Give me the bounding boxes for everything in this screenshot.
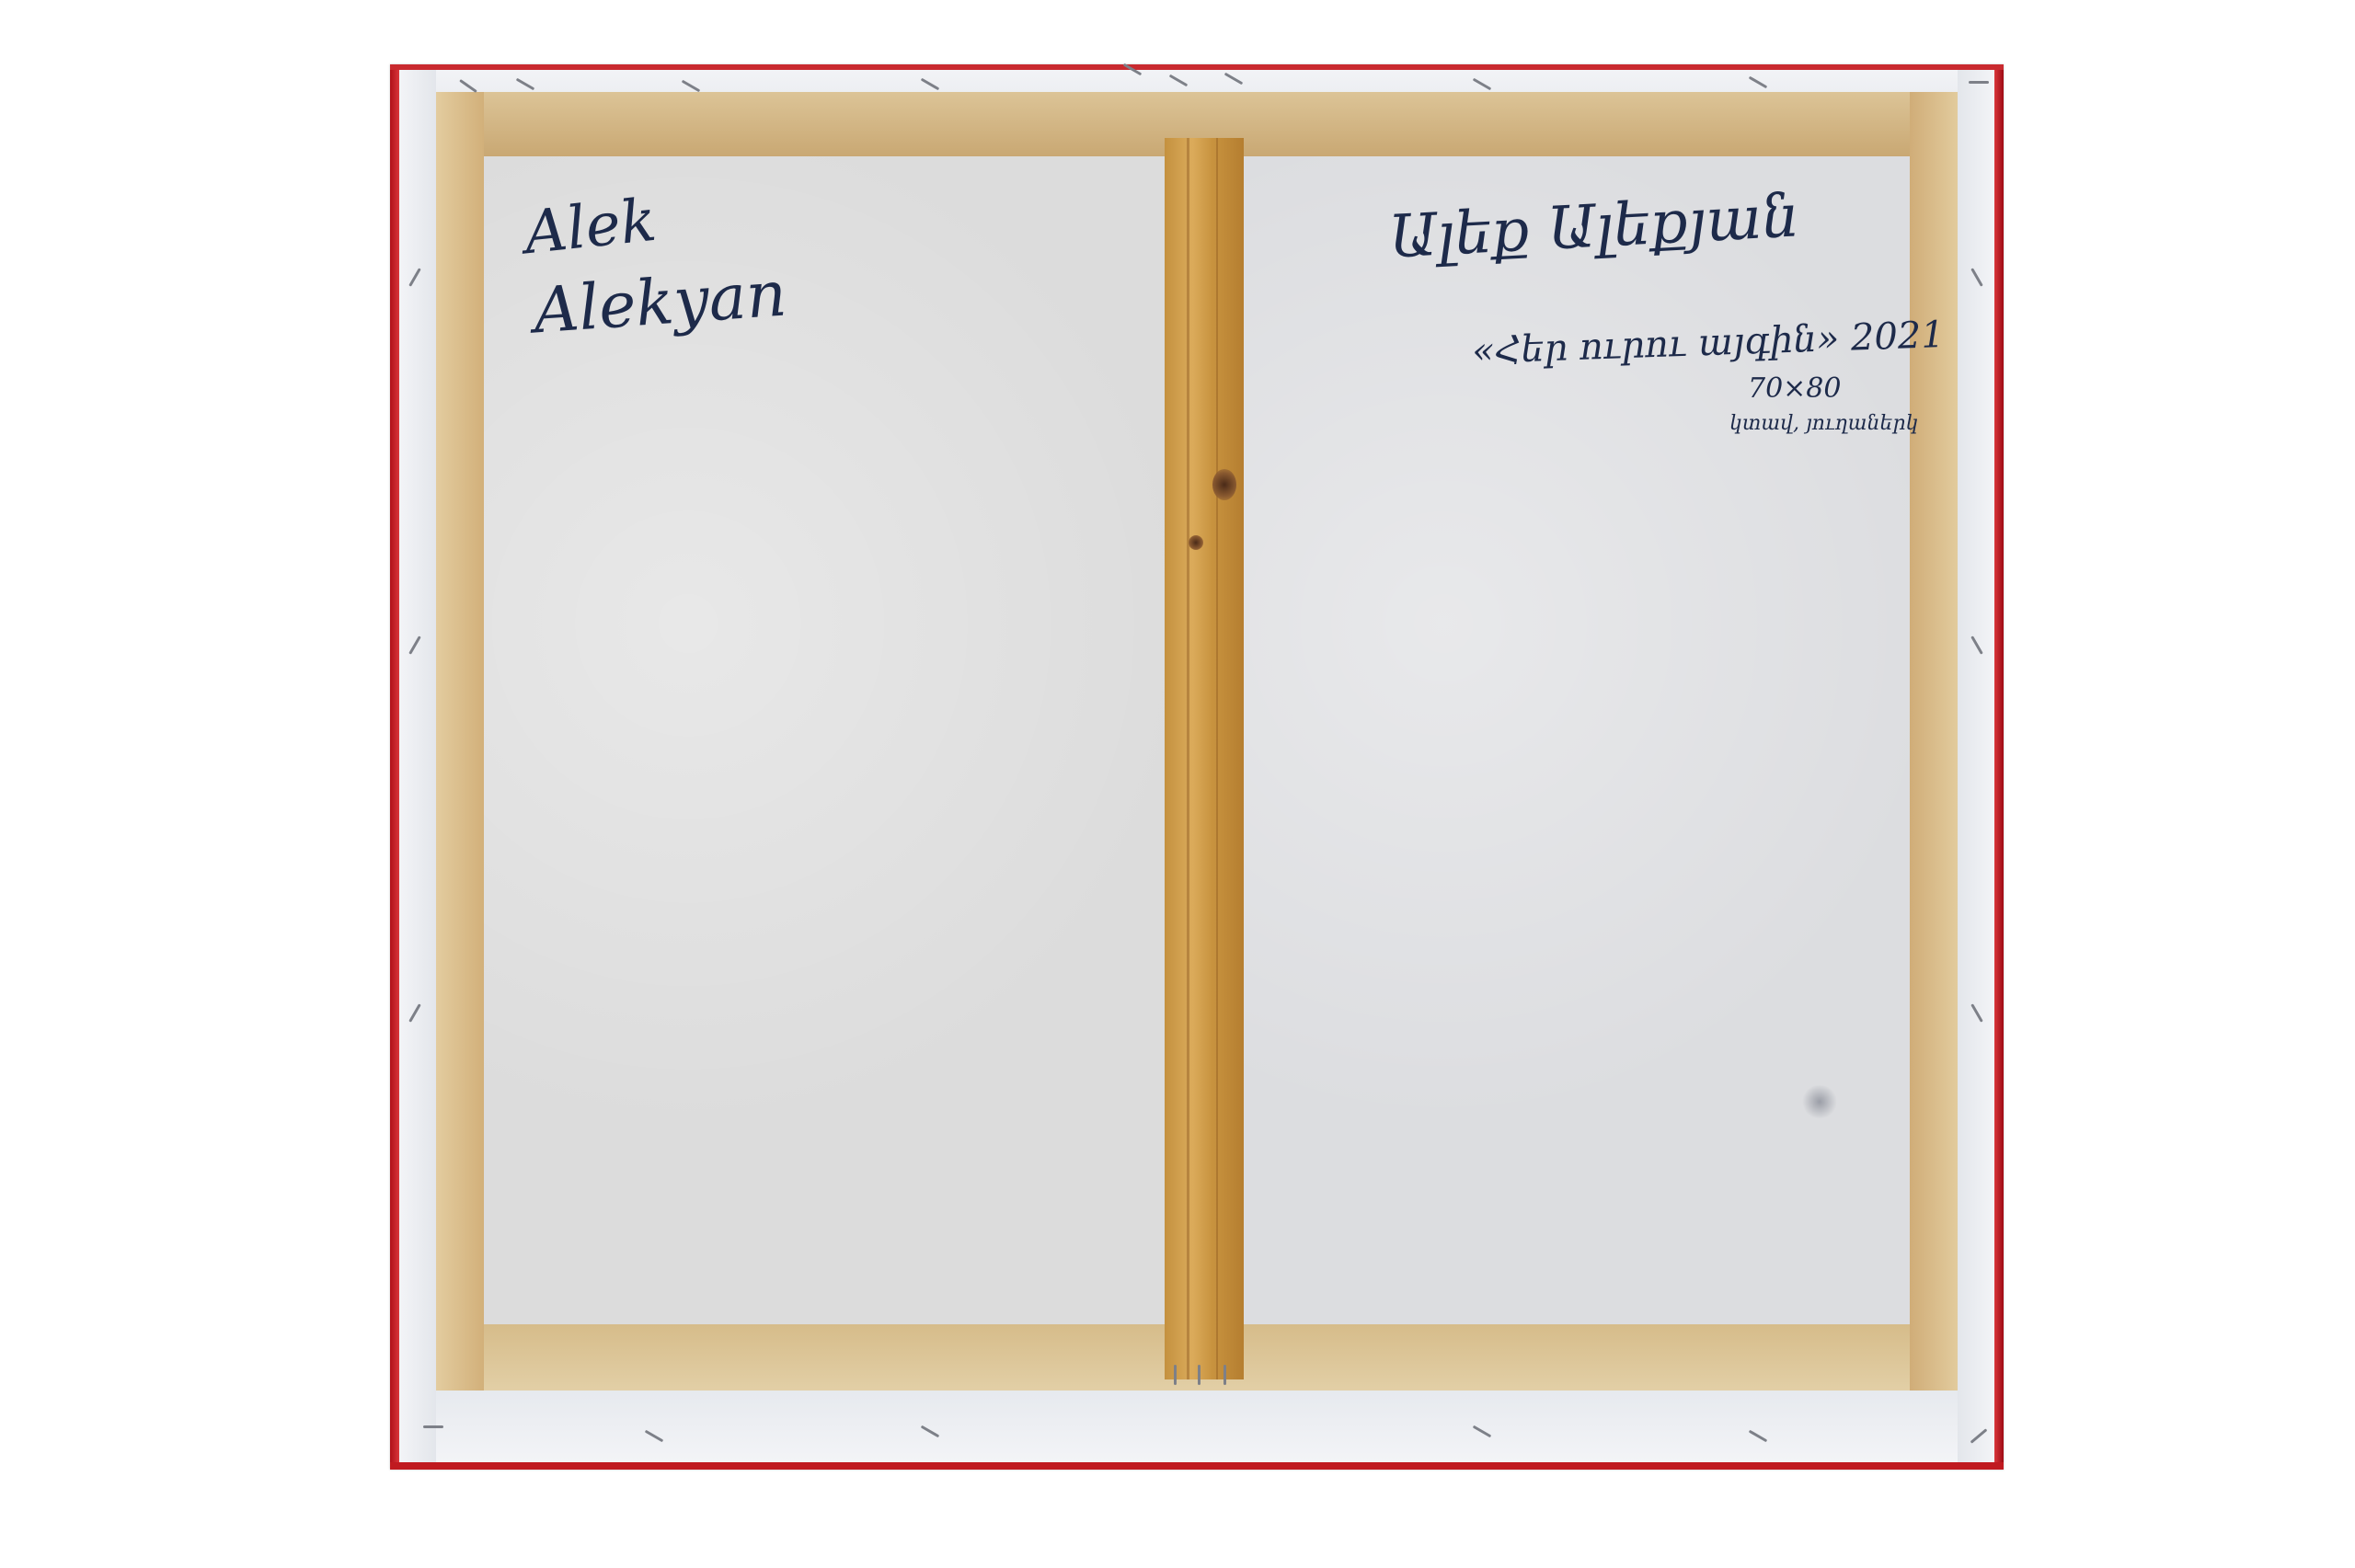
artwork-medium: կտավ, յուղաներկ	[1729, 412, 1918, 435]
center-crossbar	[1165, 138, 1244, 1379]
painted-edge-right	[1994, 64, 2004, 1470]
wood-grain	[1187, 138, 1189, 1379]
painted-edge-bottom	[390, 1462, 2004, 1470]
staple	[423, 1425, 443, 1428]
wood-grain	[1216, 138, 1218, 1379]
wood-knot	[1189, 535, 1203, 550]
canvas-fold-bottom	[399, 1389, 1994, 1462]
stretcher-bar-right	[1910, 92, 1958, 1391]
stretcher-bar-left	[436, 92, 484, 1391]
staple	[1174, 1365, 1177, 1385]
staple	[1223, 1365, 1226, 1385]
wood-knot	[1212, 469, 1236, 500]
staple	[1969, 81, 1989, 84]
canvas-stain	[1801, 1085, 1838, 1118]
canvas-fold-left	[399, 70, 436, 1462]
artist-signature-latin-first: Alek	[522, 187, 660, 269]
staple	[1198, 1365, 1200, 1385]
artwork-dimensions: 70×80	[1748, 372, 1841, 405]
painted-edge-left	[390, 64, 399, 1470]
